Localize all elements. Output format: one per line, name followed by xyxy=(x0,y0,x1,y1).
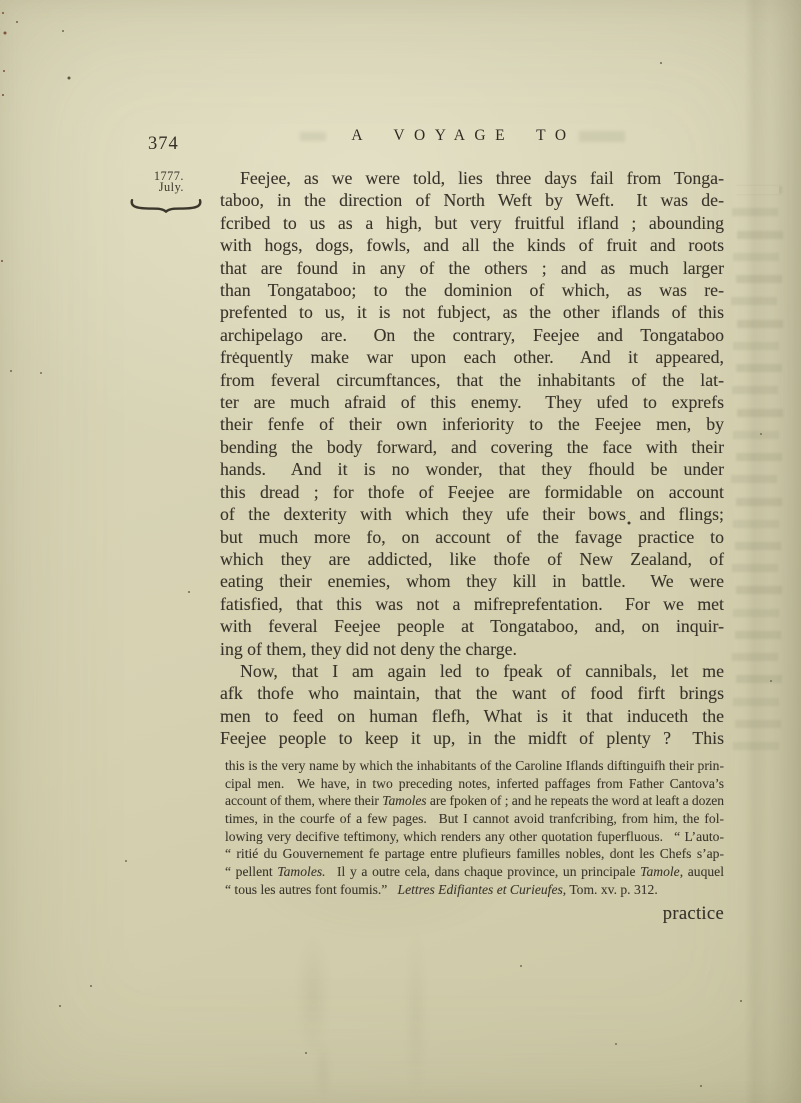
body-line-text: frequently make war upon each other. And… xyxy=(220,347,724,367)
paper-edge-specks xyxy=(0,0,2,2)
body-line-text: Now, that I am again led to fpeak of can… xyxy=(240,661,724,681)
body-line-text: that are found in any of the others ; an… xyxy=(220,258,724,278)
paper-stain xyxy=(296,935,330,1055)
footnote-citation-title: Lettres Edifiantes et Curieufes xyxy=(398,882,563,897)
body-line: but much more fo, on account of the fava… xyxy=(220,526,724,548)
body-line-text: hands. And it is no wonder, that they fh… xyxy=(220,459,724,479)
footnote-text-segment: are fpoken of ; and he repeats the word … xyxy=(427,793,724,808)
body-line-text: ing of them, they did not deny the charg… xyxy=(220,639,517,659)
footnote-italic-term: Tamole xyxy=(640,864,680,879)
body-line-text: eating their enemies, whom they kill in … xyxy=(220,571,724,591)
body-line: ter are much afraid of this enemy. They … xyxy=(220,391,724,413)
body-line-text: prefented to us, it is not fubject, as t… xyxy=(220,302,724,322)
body-line-text: their fenfe of their own inferiority to … xyxy=(220,414,724,434)
footnote-text-segment: “ ritié du Gouvernement fe partage entre… xyxy=(225,846,724,861)
body-line: that are found in any of the others ; an… xyxy=(220,257,724,279)
body-line-text: fcribed to us as a high, but very fruitf… xyxy=(220,213,724,233)
body-line: archipelago are. On the contrary, Feejee… xyxy=(220,324,724,346)
sidenote-month: July. xyxy=(134,182,184,193)
footnote-line: times, in the courfe of a few pages. But… xyxy=(225,810,724,828)
body-line: with feveral Feejee people at Tongataboo… xyxy=(220,615,724,637)
footnote-text-segment: “ tous les autres font foumis.” xyxy=(225,882,398,897)
running-head: A VOYAGE TO xyxy=(211,127,716,145)
catchword: practice xyxy=(663,903,724,925)
body-line-text: archipelago are. On the contrary, Feejee… xyxy=(220,325,724,345)
body-line: Feejee, as we were told, lies three days… xyxy=(220,167,724,189)
sidenote-brace-icon xyxy=(128,197,204,213)
page-edge-shadow xyxy=(744,0,801,1103)
footnote-italic-term: Tamoles xyxy=(382,793,426,808)
footnote-text-segment: , auquel xyxy=(680,864,724,879)
body-line-text: than Tongataboo; to the dominion of whic… xyxy=(220,280,724,300)
body-line-text: Feejee, as we were told, lies three days… xyxy=(240,168,724,188)
body-line-text: this dread ; for thofe of Feejee are for… xyxy=(220,482,724,502)
body-line: than Tongataboo; to the dominion of whic… xyxy=(220,279,724,301)
body-line-text: afk thofe who maintain, that the want of… xyxy=(220,683,724,703)
body-line: Feejee people to keep it up, in the midf… xyxy=(220,727,724,749)
footnote-text-segment: cipal men. We have, in two preceding not… xyxy=(225,776,724,791)
body-line-paragraph-end: ing of them, they did not deny the charg… xyxy=(220,638,724,660)
body-line: with hogs, dogs, fowls, and all the kind… xyxy=(220,234,724,256)
body-line: their fenfe of their own inferiority to … xyxy=(220,413,724,435)
body-line-text: bending the body forward, and covering t… xyxy=(220,437,724,457)
body-line-text: fatisfied, that this was not a mifrepref… xyxy=(220,594,724,614)
body-line-text: ter are much afraid of this enemy. They … xyxy=(220,392,724,412)
body-line-text: taboo, in the direction of North Weft by… xyxy=(220,190,724,210)
book-page-scan: 374 A VOYAGE TO 1777. July. Feejee, as w… xyxy=(0,0,801,1103)
footnote-line: cipal men. We have, in two preceding not… xyxy=(225,775,724,793)
body-line: hands. And it is no wonder, that they fh… xyxy=(220,458,724,480)
footnote-text-segment: this is the very name by which the inhab… xyxy=(225,758,724,773)
show-through-ghost-lines xyxy=(733,186,779,194)
footnote-text-segment: “ pellent xyxy=(225,864,277,879)
footnote-italic-term: Tamoles. xyxy=(277,864,325,879)
body-line-text: Feejee people to keep it up, in the midf… xyxy=(220,728,724,748)
paper-stain xyxy=(315,1040,331,1100)
footnote-line: “ tous les autres font foumis.” Lettres … xyxy=(225,881,724,899)
body-line: prefented to us, it is not fubject, as t… xyxy=(220,301,724,323)
body-line-text: but much more fo, on account of the fava… xyxy=(220,527,724,547)
body-line: men to feed on human flefh, What is it t… xyxy=(220,705,724,727)
body-line-text: which they are addicted, like thofe of N… xyxy=(220,549,724,569)
body-line: fatisfied, that this was not a mifrepref… xyxy=(220,593,724,615)
marginal-date-note: 1777. July. xyxy=(134,171,184,192)
footnote-text-segment: , Tom. xv. p. 312. xyxy=(563,882,658,897)
body-line: afk thofe who maintain, that the want of… xyxy=(220,682,724,704)
body-line-text: from feveral circumftances, that the inh… xyxy=(220,370,724,390)
body-line: this dread ; for thofe of Feejee are for… xyxy=(220,481,724,503)
body-line: taboo, in the direction of North Weft by… xyxy=(220,189,724,211)
footnote-text-segment: account of them, where their xyxy=(225,793,382,808)
body-text: Feejee, as we were told, lies three days… xyxy=(220,167,724,750)
body-line: fcribed to us as a high, but very fruitf… xyxy=(220,212,724,234)
body-line-text: with hogs, dogs, fowls, and all the kind… xyxy=(220,235,724,255)
body-line: bending the body forward, and covering t… xyxy=(220,436,724,458)
footnote: this is the very name by which the inhab… xyxy=(225,757,724,898)
body-line-paragraph-start: Now, that I am again led to fpeak of can… xyxy=(220,660,724,682)
body-line-text: men to feed on human flefh, What is it t… xyxy=(220,706,724,726)
footnote-text-segment: Il y a outre cela, dans chaque province,… xyxy=(326,864,641,879)
page-number: 374 xyxy=(148,134,179,155)
footnote-text-segment: times, in the courfe of a few pages. But… xyxy=(225,811,724,826)
body-line-text: with feveral Feejee people at Tongataboo… xyxy=(220,616,724,636)
body-line: of the dexterity with which they ufe the… xyxy=(220,503,724,525)
body-line-text: of the dexterity with which they ufe the… xyxy=(220,504,724,524)
footnote-line: “ pellent Tamoles. Il y a outre cela, da… xyxy=(225,863,724,881)
paper-stain xyxy=(405,930,427,1100)
footnote-text-segment: lowing very decifive teftimony, which re… xyxy=(225,829,724,844)
body-line: eating their enemies, whom they kill in … xyxy=(220,570,724,592)
footnote-line: “ ritié du Gouvernement fe partage entre… xyxy=(225,845,724,863)
body-line: which they are addicted, like thofe of N… xyxy=(220,548,724,570)
footnote-line: this is the very name by which the inhab… xyxy=(225,757,724,775)
footnote-line: account of them, where their Tamoles are… xyxy=(225,792,724,810)
body-line: frequently make war upon each other. And… xyxy=(220,346,724,368)
footnote-line: lowing very decifive teftimony, which re… xyxy=(225,828,724,846)
body-line: from feveral circumftances, that the inh… xyxy=(220,369,724,391)
